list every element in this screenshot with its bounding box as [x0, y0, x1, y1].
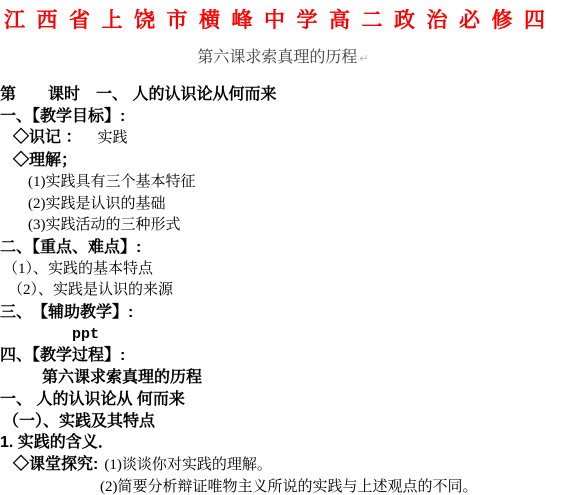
- document-title: 江西省上饶市横峰中学高二政治必修四: [0, 0, 566, 33]
- explore-row: ◇课堂探究: (1)谈谈你对实践的理解。: [13, 454, 566, 477]
- period-heading: 第 课时 一、 人的认识论从何而来: [0, 84, 566, 106]
- aids-value: ppt: [72, 324, 566, 346]
- lesson-outline: 第 课时 一、 人的认识论从何而来 一、【教学目标】: ◇识记 ： 实践 ◇理解…: [0, 84, 566, 495]
- lesson-title: 第六课求索真理的历程: [197, 49, 357, 66]
- aids-heading: 三、 【辅助教学】:: [0, 302, 566, 324]
- keypoints-heading: 二、【重点、难点】:: [0, 237, 566, 259]
- point-one-heading: 1. 实践的含义．: [0, 432, 566, 454]
- understand-label: ◇理解；: [13, 150, 566, 172]
- understand-point-3: (3)实践活动的三种形式: [28, 215, 566, 237]
- memorize-value: 实践: [97, 128, 127, 150]
- memorize-item: ◇识记 ： 实践: [13, 127, 566, 150]
- explore-label: ◇课堂探究:: [13, 454, 98, 476]
- understand-point-1: (1)实践具有三个基本特征: [28, 172, 566, 194]
- lesson-title-row: 第六课求索真理的历程↵: [0, 48, 566, 69]
- paragraph-mark-icon: ↵: [359, 53, 368, 65]
- memorize-label: ◇识记 ：: [13, 127, 81, 149]
- subsection-one-heading: （一）、实践及其特点: [3, 411, 566, 433]
- document-page: 江西省上饶市横峰中学高二政治必修四 第六课求索真理的历程↵ 第 课时 一、 人的…: [0, 0, 566, 495]
- process-heading: 四、【教学过程】:: [0, 345, 566, 367]
- process-subtitle: 第六课求索真理的历程: [42, 367, 566, 389]
- understand-point-2: (2)实践是认识的基础: [28, 194, 566, 216]
- keypoint-item-1: （1）、实践的基本特点: [3, 259, 566, 281]
- explore-question-1: (1)谈谈你对实践的理解。: [104, 455, 272, 477]
- section-one-heading: 一、 人的认识论从 何而来: [0, 389, 566, 411]
- objectives-heading: 一、【教学目标】:: [0, 106, 566, 128]
- explore-question-2: (2)简要分析辩证唯物主义所说的实践与上述观点的不同。: [100, 477, 566, 495]
- keypoint-item-2: （2）、实践是认识的来源: [8, 280, 566, 302]
